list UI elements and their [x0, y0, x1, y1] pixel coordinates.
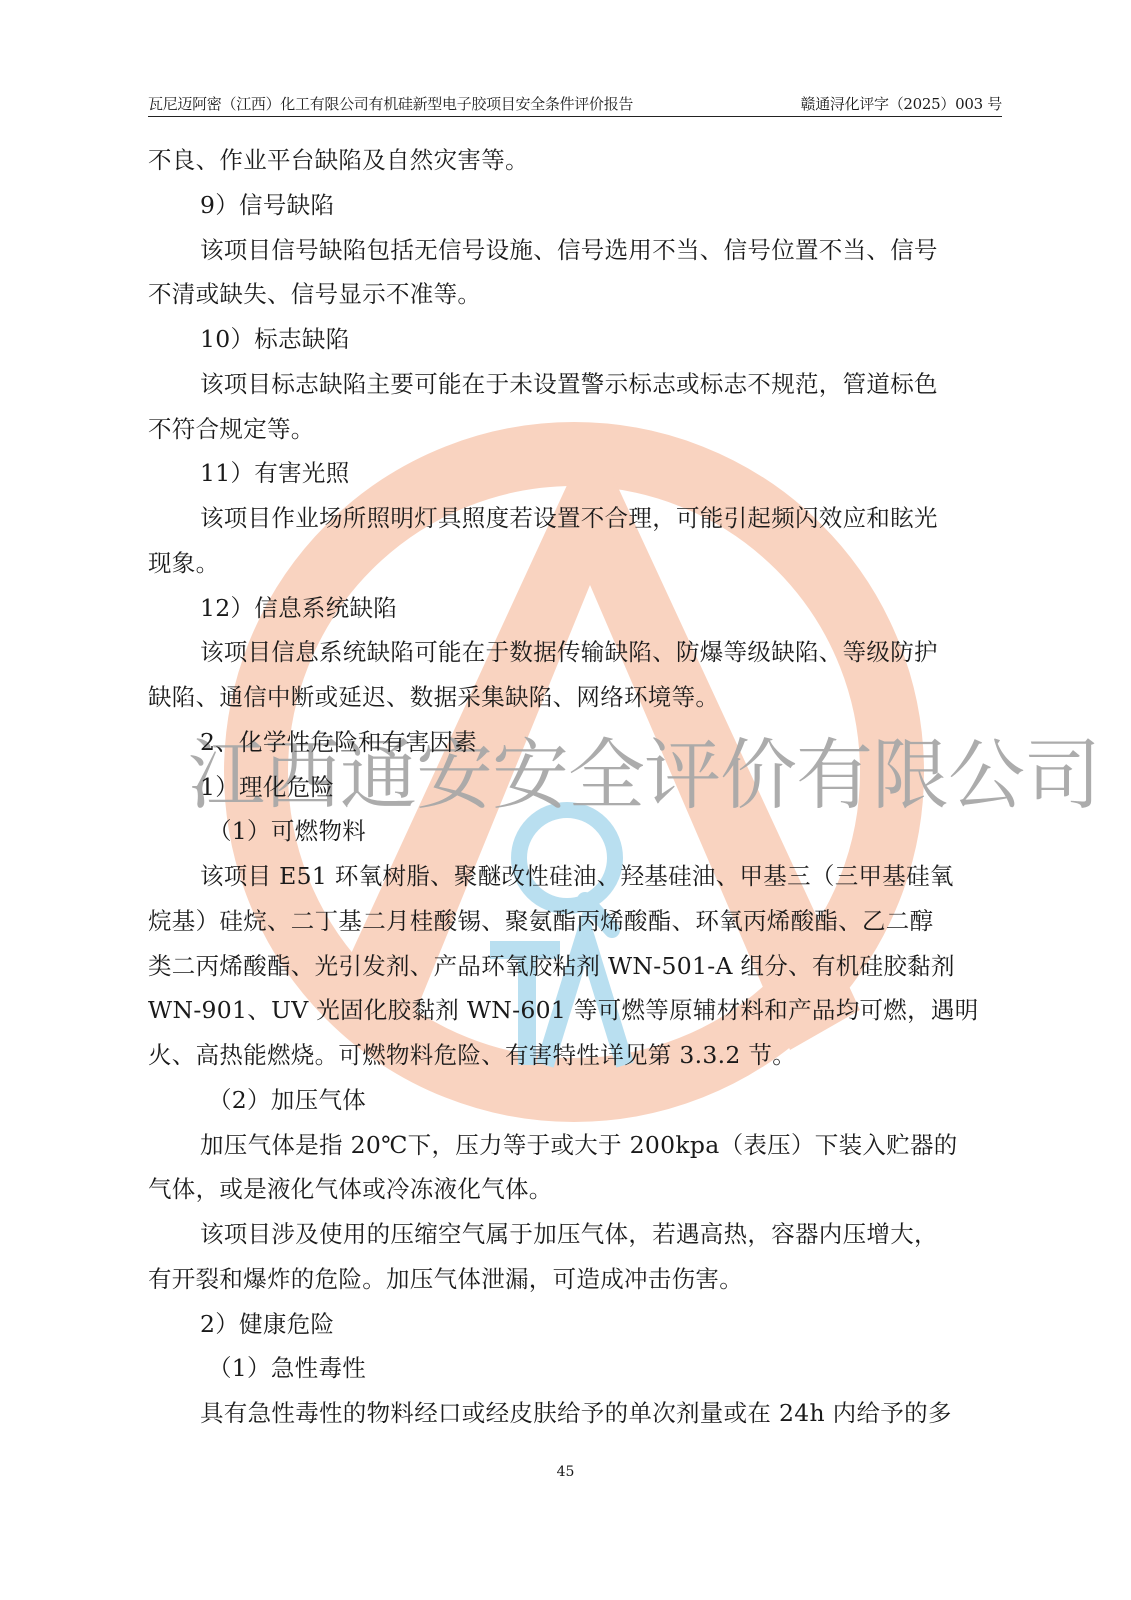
text-line: 2）健康危险 — [200, 1304, 334, 1344]
text-line: （1）急性毒性 — [208, 1348, 366, 1388]
text-line: 该项目信号缺陷包括无信号设施、信号选用不当、信号位置不当、信号 — [200, 230, 938, 270]
report-title: 瓦尼迈阿密（江西）化工有限公司有机硅新型电子胶项目安全条件评价报告 — [148, 93, 633, 114]
text-line: 该项目标志缺陷主要可能在于未设置警示标志或标志不规范，管道标色 — [200, 364, 938, 404]
text-line: 具有急性毒性的物料经口或经皮肤给予的单次剂量或在 24h 内给予的多 — [200, 1393, 952, 1433]
document-page: 江西通安安全评价有限公司 瓦尼迈阿密（江西）化工有限公司有机硅新型电子胶项目安全… — [0, 0, 1131, 1600]
text-line: 10）标志缺陷 — [200, 319, 350, 359]
text-line: 11）有害光照 — [200, 453, 350, 493]
text-line: （2）加压气体 — [208, 1080, 366, 1120]
text-line: 加压气体是指 20℃下，压力等于或大于 200kpa（表压）下装入贮器的 — [200, 1125, 958, 1165]
text-line: 该项目涉及使用的压缩空气属于加压气体，若遇高热，容器内压增大， — [200, 1214, 938, 1254]
text-line: 该项目 E51 环氧树脂、聚醚改性硅油、羟基硅油、甲基三（三甲基硅氧 — [200, 856, 954, 896]
text-line: WN-901、UV 光固化胶黏剂 WN-601 等可燃等原辅材料和产品均可燃，遇… — [148, 990, 979, 1030]
text-line: 该项目作业场所照明灯具照度若设置不合理，可能引起频闪效应和眩光 — [200, 498, 938, 538]
text-line: 类二丙烯酸酯、光引发剂、产品环氧胶粘剂 WN-501-A 组分、有机硅胶黏剂 — [148, 946, 955, 986]
text-line: 1）理化危险 — [200, 767, 334, 807]
text-line: 气体，或是液化气体或冷冻液化气体。 — [148, 1169, 553, 1209]
text-line: 不符合规定等。 — [148, 409, 315, 449]
text-line: 不良、作业平台缺陷及自然灾害等。 — [148, 140, 529, 180]
page-header: 瓦尼迈阿密（江西）化工有限公司有机硅新型电子胶项目安全条件评价报告 赣通浔化评字… — [148, 94, 1002, 117]
page-number: 45 — [0, 1464, 1131, 1480]
text-line: 9）信号缺陷 — [200, 185, 334, 225]
document-number: 赣通浔化评字（2025）003 号 — [801, 93, 1002, 114]
text-line: 12）信息系统缺陷 — [200, 588, 397, 628]
text-line: 不清或缺失、信号显示不准等。 — [148, 274, 481, 314]
text-line: 烷基）硅烷、二丁基二月桂酸锡、聚氨酯丙烯酸酯、环氧丙烯酸酯、乙二醇 — [148, 901, 933, 941]
text-line: 缺陷、通信中断或延迟、数据采集缺陷、网络环境等。 — [148, 677, 719, 717]
text-line: 该项目信息系统缺陷可能在于数据传输缺陷、防爆等级缺陷、等级防护 — [200, 632, 938, 672]
text-line: （1）可燃物料 — [208, 811, 366, 851]
text-line: 现象。 — [148, 543, 219, 583]
text-line: 火、高热能燃烧。可燃物料危险、有害特性详见第 3.3.2 节。 — [148, 1035, 796, 1075]
text-line: 2、化学性危险和有害因素 — [200, 722, 477, 762]
text-line: 有开裂和爆炸的危险。加压气体泄漏，可造成冲击伤害。 — [148, 1259, 743, 1299]
